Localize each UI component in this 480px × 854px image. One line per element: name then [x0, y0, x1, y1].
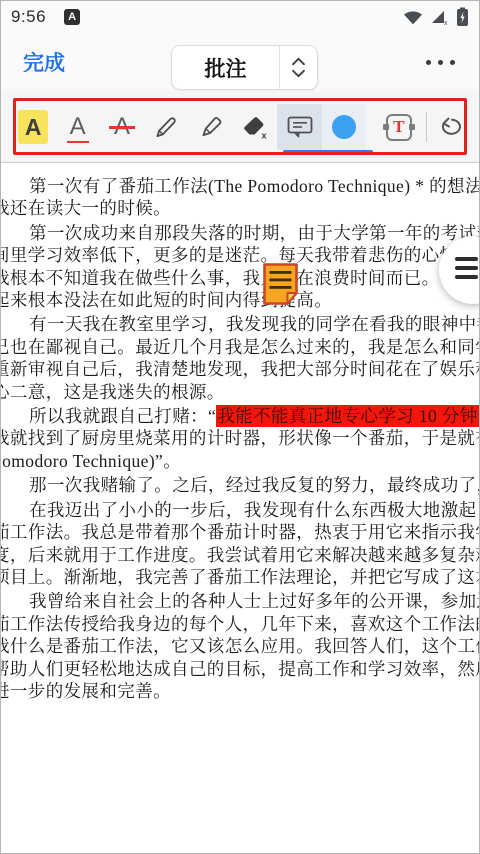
app-screen: 9:56 A x 完成 — [0, 0, 480, 854]
strikethrough-text-tool[interactable]: A — [100, 104, 144, 150]
notification-app-icon: A — [64, 9, 80, 25]
chevron-down-icon — [291, 69, 306, 78]
text-line: 第一次有了番茄工作法(The Pomodoro Technique) * 的想法… — [1, 175, 479, 197]
text-line: 茄工作法传授给我身边的每个人，几年下来，喜欢这个工作法的人们越来 — [1, 613, 479, 635]
text-line: 那一次我赌输了。之后，经过我反复的努力，最终成功了，也就是专 — [1, 474, 479, 496]
text-line: 帮助人们更轻松地达成自己的目标，提高工作和学习效率，然后我的番茄 — [1, 658, 479, 680]
pencil-tool[interactable] — [144, 104, 188, 150]
annotation-mode-selector[interactable]: 批注 — [171, 45, 318, 90]
text-line: 度，后来就用于工作进度。我尝试着用它来解决越来越多复杂难办的事情 — [1, 544, 479, 566]
strikethrough-text-icon: A — [114, 115, 130, 139]
text-line: 心二意，这是我迷失的根源。 — [1, 381, 479, 403]
text-box-icon: T — [384, 114, 414, 141]
annotation-toolbar: A A A — [1, 91, 479, 163]
text-line: 项目上。渐渐地，我完善了番茄工作法理论，并把它写成了这本书。 — [1, 566, 479, 588]
document-viewport: 第一次有了番茄工作法(The Pomodoro Technique) * 的想法… — [1, 163, 479, 853]
svg-text:x: x — [262, 130, 268, 140]
text-box-tool[interactable]: T — [376, 104, 421, 150]
highlight-text-icon: A — [18, 110, 48, 144]
text-line: 我曾给来自社会上的各种人士上过好多年的公开课，参加过很多次的 — [1, 590, 479, 612]
text-line: 我根本不知道我在做些什么事，我只是在浪费时间而已。考试的日期眼看 — [1, 267, 479, 289]
text-line: 进一步的发展和完善。 — [1, 680, 479, 702]
marker-tool[interactable] — [189, 104, 233, 150]
red-highlight-annotation[interactable]: 我能不能真正地专心学习 10 分钟 — [216, 405, 479, 427]
toolbar-divider — [426, 112, 427, 142]
text-line: 第一次成功来自那段失落的时期，由于大学第一年的考试落败，使我 — [1, 222, 479, 244]
mode-label: 批注 — [172, 46, 279, 89]
eraser-icon: x — [241, 113, 269, 141]
text-line: 我什么是番茄工作法，它又该怎么应用。我回答人们，这个工作法是我构 — [1, 635, 479, 657]
hamburger-icon — [455, 257, 478, 261]
text-line: 有一天我在教室里学习，我发现我的同学在看我的眼神中都带着异样 — [1, 313, 479, 335]
header: 完成 批注 — [1, 33, 479, 91]
document-page: 第一次有了番茄工作法(The Pomodoro Technique) * 的想法… — [1, 163, 479, 702]
wifi-icon — [402, 8, 424, 26]
underline-text-icon: A — [70, 115, 86, 139]
text-line: 在我迈出了小小的一步后，我发现有什么东西极大地激起了我对学习 — [1, 499, 479, 521]
undo-icon — [436, 116, 462, 138]
note-comment-tool[interactable] — [277, 104, 321, 150]
text-line: 重新审视自己后，我清楚地发现，我把大部分时间花在了娱乐和消遣上，一 — [1, 358, 479, 380]
status-bar: 9:56 A x — [1, 1, 479, 33]
battery-charging-icon — [456, 7, 469, 27]
text-line: 我就找到了厨房里烧菜用的计时器，形状像一个番茄，于是就有了“ — [1, 427, 479, 449]
undo-button[interactable] — [429, 104, 468, 150]
pencil-icon — [152, 113, 180, 141]
eraser-tool[interactable]: x — [233, 104, 277, 150]
selected-tool-underline — [283, 150, 373, 154]
comment-bubble-icon — [286, 114, 314, 140]
text-line: 茄工作法。我总是带着那个番茄计时器，热衷于用它来指示我学习的时间 — [1, 521, 479, 543]
chevron-up-icon — [291, 57, 306, 66]
sticky-note-icon — [262, 262, 299, 306]
overflow-menu-button[interactable] — [426, 60, 455, 65]
blue-color-icon — [332, 115, 356, 139]
mode-stepper[interactable] — [279, 46, 317, 89]
highlight-text-tool[interactable]: A — [11, 104, 55, 150]
marker-icon — [197, 113, 225, 141]
text-line: 己也在鄙视自己。最近几个月我是怎么过来的，我是怎么和同学交往的，我 — [1, 336, 479, 358]
text-line: 起来根本没法在如此短的时间内得到提高。 — [1, 289, 479, 311]
done-button[interactable]: 完成 — [23, 47, 65, 77]
text-line: 间里学习效率低下，更多的是迷茫。每天我带着悲伤的心情去学校，那 — [1, 244, 479, 266]
color-swatch-blue[interactable] — [322, 104, 366, 150]
cellular-no-signal-icon: x — [430, 8, 450, 26]
svg-text:x: x — [444, 20, 448, 26]
text-line: 所以我就跟自己打赌：“我能不能真正地专心学习 10 分钟？” 于是我 — [1, 405, 479, 427]
underline-text-tool[interactable]: A — [55, 104, 99, 150]
text-line: 我还在读大一的时候。 — [1, 197, 479, 219]
text-line: Pomodoro Technique)”。 — [1, 450, 479, 472]
note-annotation[interactable] — [262, 262, 299, 306]
clock: 9:56 — [11, 7, 46, 27]
